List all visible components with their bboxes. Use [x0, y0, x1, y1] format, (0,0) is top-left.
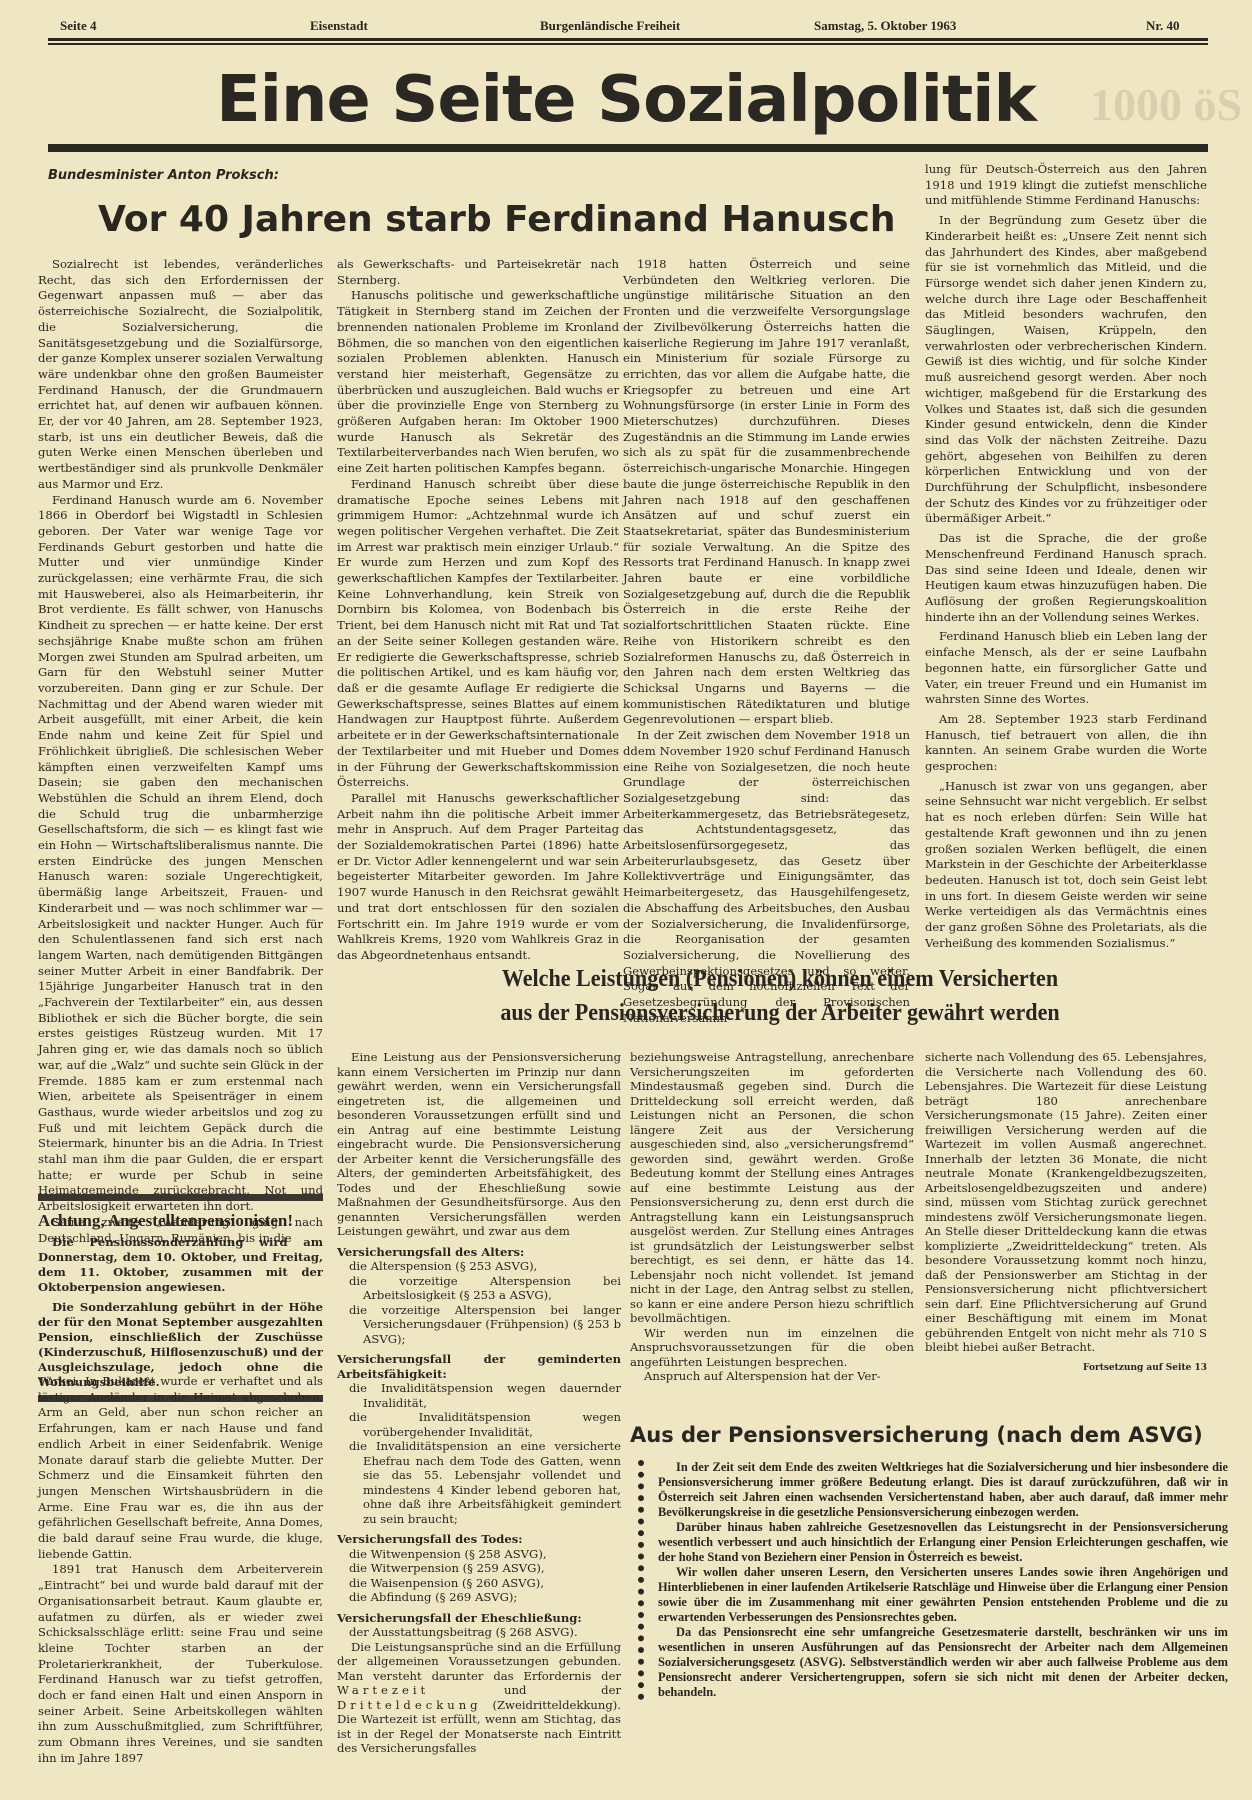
category-item: die Waisenpension (§ 260 ASVG), — [337, 1576, 621, 1591]
quote-paragraph: In der Begründung zum Gesetz über die Ki… — [925, 213, 1207, 527]
notice-rule — [38, 1194, 323, 1201]
paragraph: 1918 hatten Österreich und seine Verbünd… — [623, 257, 910, 728]
hanusch-column-1-continued: Türkei. In Bukarest wurde er verhaftet u… — [38, 1374, 323, 1767]
paragraph: Ferdinand Hanusch schreibt über diese dr… — [337, 477, 619, 791]
pensions-column-1: Eine Leistung aus der Pensionsversicheru… — [337, 1050, 621, 1756]
paragraph: beziehungsweise Antragstellung, anrechen… — [630, 1050, 914, 1326]
page-number: Seite 4 — [60, 18, 96, 34]
city: Eisenstadt — [310, 18, 368, 34]
category-title: Versicherungsfall der geminderten Arbeit… — [337, 1352, 621, 1381]
paragraph: Sozialrecht ist lebendes, veränderliches… — [38, 257, 323, 493]
category-title: Versicherungsfall des Todes: — [337, 1532, 621, 1547]
paragraph: sicherte nach Vollendung des 65. Lebensj… — [925, 1050, 1207, 1355]
newspaper-page: Seite 4 Eisenstadt Burgenländische Freih… — [0, 0, 1252, 1800]
paragraph: Anspruch auf Alterspension hat der Ver- — [630, 1369, 914, 1384]
category-title: Versicherungsfall der Eheschließung: — [337, 1611, 621, 1626]
paragraph: Darüber hinaus haben zahlreiche Gesetzes… — [658, 1520, 1228, 1565]
category-item: die Invaliditätspension an eine versiche… — [337, 1439, 621, 1526]
category-item: die Witwerpension (§ 259 ASVG), — [337, 1561, 621, 1576]
paragraph: Ferdinand Hanusch wurde am 6. November 1… — [38, 493, 323, 1215]
category-item: die vorzeitige Alterspension bei Arbeits… — [337, 1274, 621, 1303]
hanusch-column-1: Sozialrecht ist lebendes, veränderliches… — [38, 257, 323, 1246]
paragraph: Eine Leistung aus der Pensionsversicheru… — [337, 1050, 621, 1239]
pensions-headline: Welche Leistungen (Pensionen) können ein… — [375, 962, 1185, 1030]
paragraph: Hanuschs politische und gewerkschaftlich… — [337, 288, 619, 476]
newspaper-name: Burgenländische Freiheit — [540, 18, 680, 34]
paragraph: Parallel mit Hanuschs gewerkschaftlicher… — [337, 791, 619, 964]
hanusch-column-3: 1918 hatten Österreich und seine Verbünd… — [623, 257, 910, 1026]
paragraph: Wir wollen daher unseren Lesern, den Ver… — [658, 1565, 1228, 1625]
page-title: Eine Seite Sozialpolitik — [0, 60, 1252, 140]
paragraph: Das ist die Sprache, die der große Mensc… — [925, 531, 1207, 625]
paragraph: als Gewerkschafts- und Parteisekretär na… — [337, 257, 619, 288]
masthead-rule — [48, 43, 1208, 45]
issue-date: Samstag, 5. Oktober 1963 — [814, 18, 956, 34]
category-title: Versicherungsfall des Alters: — [337, 1245, 621, 1260]
paragraph: 1891 trat Hanusch dem Arbeiterverein „Ei… — [38, 1562, 323, 1766]
pensions-column-2: beziehungsweise Antragstellung, anrechen… — [630, 1050, 914, 1384]
paragraph: Ferdinand Hanusch blieb ein Leben lang d… — [925, 629, 1207, 708]
notice-paragraph: Die Pensionssonderzahlung wird am Donner… — [38, 1235, 323, 1295]
asvg-article-box: In der Zeit seit dem Ende des zweiten We… — [638, 1460, 1228, 1700]
title-rule — [48, 144, 1208, 152]
text-span: Die Leistungsansprüche sind an die Erfül… — [337, 1640, 621, 1683]
masthead-rule — [48, 38, 1208, 41]
article-headline: Vor 40 Jahren starb Ferdinand Hanusch — [98, 196, 896, 244]
notice-box: Achtung, Angestelltenpensionisten! Die P… — [38, 1194, 323, 1402]
category-item: die Witwenpension (§ 258 ASVG), — [337, 1547, 621, 1562]
hanusch-column-2: als Gewerkschafts- und Parteisekretär na… — [337, 257, 619, 964]
masthead: Seite 4 Eisenstadt Burgenländische Freih… — [48, 18, 1208, 40]
category-item: der Ausstattungsbeitrag (§ 268 ASVG). — [337, 1625, 621, 1640]
byline: Bundesminister Anton Proksch: — [48, 168, 279, 183]
notice-title: Achtung, Angestelltenpensionisten! — [38, 1211, 323, 1231]
quote-paragraph: „Hanusch ist zwar von uns gegangen, aber… — [925, 779, 1207, 952]
category-item: die Invaliditätspension wegen vorübergeh… — [337, 1410, 621, 1439]
hanusch-column-4: lung für Deutsch-Österreich aus den Jahr… — [925, 162, 1207, 955]
category-item: die Invaliditätspension wegen dauernder … — [337, 1381, 621, 1410]
emphasized-term: Wartezeit — [337, 1683, 429, 1697]
emphasized-term: Dritteldeckung — [337, 1698, 482, 1712]
paragraph: Türkei. In Bukarest wurde er verhaftet u… — [38, 1374, 323, 1562]
pensions-column-3: sicherte nach Vollendung des 65. Lebensj… — [925, 1050, 1207, 1375]
text-span: und der — [504, 1683, 621, 1697]
category-item: die Abfindung (§ 269 ASVG); — [337, 1590, 621, 1605]
paragraph: Wir werden nun im einzelnen die Anspruch… — [630, 1326, 914, 1370]
category-item: die Alterspension (§ 253 ASVG), — [337, 1259, 621, 1274]
issue-number: Nr. 40 — [1146, 18, 1179, 34]
paragraph: Die Leistungsansprüche sind an die Erfül… — [337, 1640, 621, 1756]
continuation-note: Fortsetzung auf Seite 13 — [925, 1361, 1207, 1376]
category-item: die vorzeitige Alterspension bei langer … — [337, 1303, 621, 1347]
asvg-article-title: Aus der Pensionsversicherung (nach dem A… — [630, 1420, 1210, 1450]
paragraph: In der Zeit seit dem Ende des zweiten We… — [658, 1460, 1228, 1520]
paragraph: Am 28. September 1923 starb Ferdinand Ha… — [925, 712, 1207, 775]
paragraph: Da das Pensionsrecht eine sehr umfangrei… — [658, 1625, 1228, 1700]
headline-line: Welche Leistungen (Pensionen) können ein… — [375, 962, 1185, 996]
paragraph: lung für Deutsch-Österreich aus den Jahr… — [925, 162, 1207, 209]
headline-line: aus der Pensionsversicherung der Arbeite… — [375, 996, 1185, 1030]
